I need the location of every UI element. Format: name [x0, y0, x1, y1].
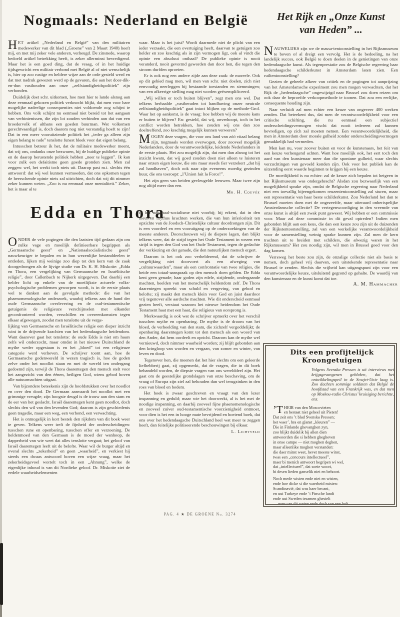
article-paragraph: Men kan nu, voor zoover buiten en voor d…	[264, 145, 398, 172]
boxed-item-intro: Volgens Svenska Pressen is uit interview…	[312, 368, 394, 402]
scan-edge-artifact	[0, 543, 3, 605]
article-rijk-title-line2: van Heden” ...	[262, 24, 400, 37]
article-paragraph: Tegenover hen, die meenen dat het hier s…	[139, 357, 260, 389]
article-rijk-column: NAUWELIJKS zijn we de massa-tentoonstell…	[264, 46, 398, 338]
scan-edge-artifact	[0, 0, 2, 617]
article-paragraph: Van bijzondere beteekenis zijn de hoofds…	[8, 383, 130, 415]
page-footer-text: PAG. 4 ★ DE GROENE No. 3274	[60, 512, 340, 517]
article-paragraph: Naar verluidt zal men echter een keuze v…	[264, 107, 398, 144]
article-paragraph: „Wij willen er toch buiten blijven”, zeg…	[139, 96, 260, 133]
article-rijk-title-line1: Het Rijk en „Onze Kunst	[262, 11, 400, 24]
article-paragraph: MOGEN deze vragen, die voor ons land van…	[139, 134, 260, 177]
article-paragraph: Er is ook nog een andere zijde aan deze …	[139, 73, 260, 94]
article-paragraph: Het is onmogelijk in kort bestek den rij…	[8, 417, 130, 476]
scan-edge-artifact	[0, 605, 2, 617]
article-paragraph: NAUWELIJKS zijn we de massa-tentoonstell…	[264, 46, 398, 78]
article-paragraph: Het boek is zwaar geschreven en vraagt v…	[139, 391, 260, 428]
article-paragraph: Merkwaardig is ook wat de schrijver opme…	[139, 314, 260, 357]
article-paragraph: Daarom is het ook zoo verhelderend, dat …	[139, 254, 260, 313]
boxed-poem-item: Dits een profijtelijck Kroongetuigen Vol…	[263, 343, 397, 507]
article-paragraph: lijking van Germaansche en Israëlitische…	[8, 324, 130, 383]
article-edda-signature: L. Lichtveld	[139, 429, 260, 434]
article-paragraph: Verreweg het beste zou zijn, de onzalige…	[264, 254, 398, 281]
article-nederland-column-2: waar. Maar is het juist? Wordt daarmede …	[139, 40, 260, 205]
poem-line: Berlyn, te weten si, es die hooft-stat	[273, 506, 396, 507]
article-paragraph: Intusschen betreur ik het, dat de milita…	[8, 144, 130, 192]
article-rijk-signature: A. M. Hammacher	[264, 282, 398, 287]
poem-line: — men can dit weten ende doch syn een ha…	[273, 501, 396, 506]
article-paragraph: in het nationaal-socialisme niet voorbij…	[139, 210, 260, 253]
article-nederland-title: Nogmaals: Nederland en België	[12, 12, 260, 30]
page-footer: PAG. 4 ★ DE GROENE No. 3274	[60, 512, 340, 524]
article-paragraph: De moeilijkheid is nu echter: zal de keu…	[264, 173, 398, 253]
article-paragraph: Het zijn geen van beiden gevleugelde lee…	[139, 178, 260, 189]
article-paragraph: waar. Maar is het juist? Wordt daarmede …	[139, 40, 260, 72]
article-edda-column-1: ONDER de vele pogingen die den laatsten …	[8, 237, 130, 521]
article-paragraph: Duidelijk doet schr. uitkomen, hoe men h…	[8, 95, 130, 143]
boxed-item-fraktur-title: Dits een profijtelijck Kroongetuigen	[268, 349, 396, 365]
article-nederland-column-1: HET artikel „Nederland en België” van de…	[8, 40, 130, 208]
article-paragraph: Gezien de geheele afkeer van critiek en …	[264, 79, 398, 106]
article-paragraph: HET artikel „Nederland en België” van de…	[8, 40, 130, 94]
article-nederland-signature: Mr. H. Couvée	[139, 189, 260, 194]
article-edda-column-2: in het nationaal-socialisme niet voorbij…	[139, 210, 260, 521]
newspaper-page: Nogmaals: Nederland en België HET artike…	[0, 0, 400, 617]
poem-text: ’T HEIR van den Moscovietenen bestaat ni…	[273, 405, 396, 507]
article-rijk-title: Het Rijk en „Onze Kunst van Heden” ...	[262, 11, 400, 37]
article-paragraph: ONDER de vele pogingen die den laatsten …	[8, 237, 130, 323]
